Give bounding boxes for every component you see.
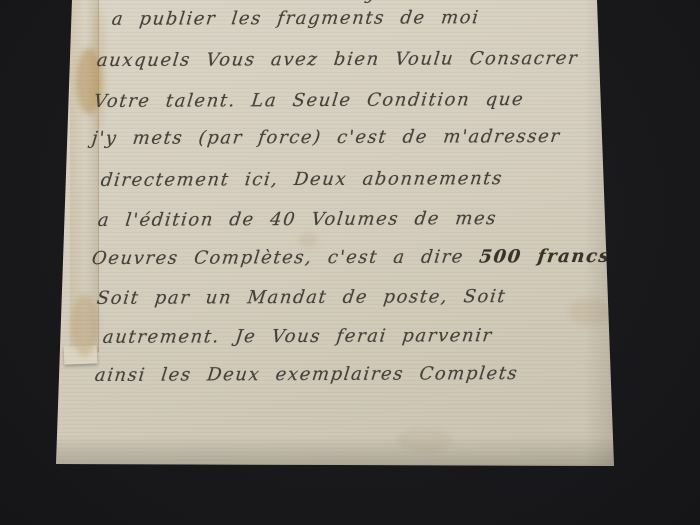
handwritten-line: directement ici, Deux abonnements bbox=[100, 168, 505, 191]
line-text: Oeuvres Complètes, c'est a dire bbox=[91, 246, 481, 269]
handwritten-line: ainsi les Deux exemplaires Complets bbox=[94, 363, 520, 386]
line-text: directement ici, Deux abonnements bbox=[100, 168, 505, 191]
handwritten-line: a publier les fragments de moi bbox=[111, 7, 481, 30]
right-edge-shadow bbox=[584, 0, 616, 470]
line-text: j'y mets (par force) c'est de m'adresser bbox=[91, 126, 562, 149]
handwritten-line: Soit par un Mandat de poste, Soit bbox=[96, 286, 508, 309]
handwritten-line: Votre talent. La Seule Condition que bbox=[93, 89, 526, 112]
handwritten-line: a l'édition de 40 Volumes de mes bbox=[97, 208, 499, 231]
handwritten-line: Oeuvres Complètes, c'est a dire 500 fran… bbox=[91, 246, 612, 269]
handwritten-line: auxquels Vous avez bien Voulu Consacrer bbox=[96, 48, 580, 71]
line-text: autrement. Je Vous ferai parvenir bbox=[102, 325, 494, 348]
line-text: a publier les fragments de moi bbox=[111, 7, 481, 30]
line-emphasis: 500 francs bbox=[478, 246, 611, 268]
line-text: ainsi les Deux exemplaires Complets bbox=[94, 363, 520, 386]
line-text: a l'édition de 40 Volumes de mes bbox=[97, 208, 499, 231]
letter-page: y a publier les fragments de moi auxquel… bbox=[0, 0, 700, 525]
line-text: Votre talent. La Seule Condition que bbox=[93, 89, 526, 112]
photo-background: y a publier les fragments de moi auxquel… bbox=[0, 0, 700, 525]
line-text: auxquels Vous avez bien Voulu Consacrer bbox=[96, 48, 580, 71]
line-text: Soit par un Mandat de poste, Soit bbox=[96, 286, 508, 309]
handwritten-line: autrement. Je Vous ferai parvenir bbox=[102, 325, 494, 348]
handwritten-line: j'y mets (par force) c'est de m'adresser bbox=[91, 126, 562, 149]
bottom-edge-shadow bbox=[40, 436, 626, 466]
